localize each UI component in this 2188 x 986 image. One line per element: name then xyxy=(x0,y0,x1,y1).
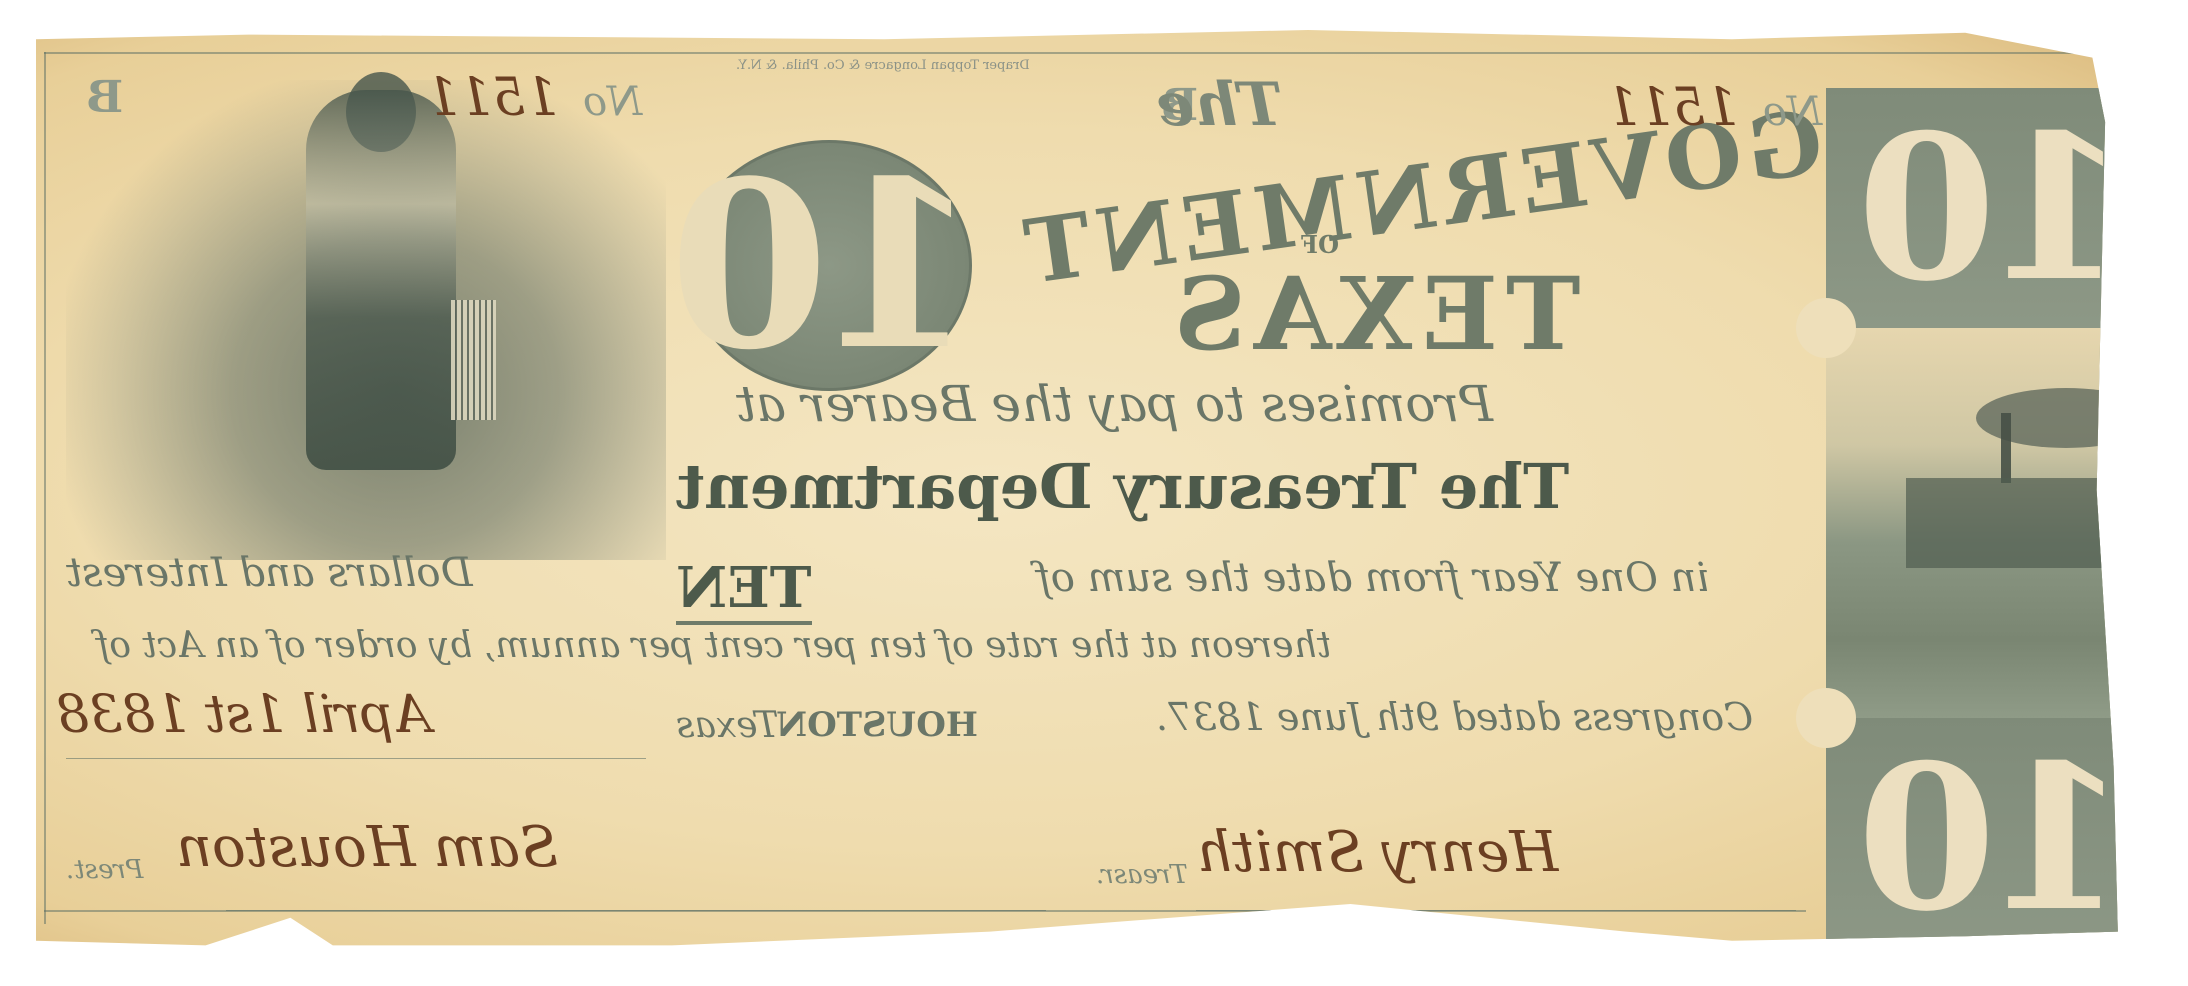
panel-notch xyxy=(2136,688,2188,748)
signature-left: Sam Houston xyxy=(176,815,558,880)
top-border-line xyxy=(44,52,2106,54)
serial-number-left: 1511 xyxy=(426,68,558,128)
signature-right-title: Treasr. xyxy=(1096,860,1188,890)
promise-line-2: The Treasury Department xyxy=(676,450,1569,523)
promise-line-5: Congress dated 9th June 1837. xyxy=(1156,695,1753,739)
panel-notch xyxy=(1796,688,1856,748)
right-end-panel: 10 10 xyxy=(1826,88,2166,958)
title-texas: TEXAS xyxy=(1166,255,1580,373)
serial-label-left: No xyxy=(583,79,642,125)
banknote: B 1511 No Draper Toppan Longacre & Co. P… xyxy=(36,30,2156,950)
right-panel-top-numeral: 10 xyxy=(1826,88,2166,328)
promise-line-1: Promises to pay the Bearer at xyxy=(736,375,1493,433)
right-panel-bottom-numeral: 10 xyxy=(1826,718,2166,958)
issue-date: April 1st 1838 xyxy=(56,685,431,745)
promise-line-3b: Dollars and Interest xyxy=(66,550,473,596)
steamboat-vignette xyxy=(1826,328,2166,718)
place-state: Texas xyxy=(676,705,779,746)
plate-letter-left: B xyxy=(86,72,123,123)
panel-notch xyxy=(1796,298,1856,358)
denomination-word: TEN xyxy=(676,555,812,625)
promise-line-4: thereon at the rate of ten per cent per … xyxy=(96,625,1331,666)
imprint: Draper Toppan Longacre & Co. Phila. & N.… xyxy=(736,58,1030,73)
signature-left-line xyxy=(226,910,1046,911)
denomination-oval: 10 xyxy=(686,140,972,391)
promise-line-3: in One Year from date the sum of xyxy=(1036,555,1709,601)
signature-right-line xyxy=(1196,910,1796,911)
steamboat-icon xyxy=(1906,478,2146,568)
signature-right: Henry Smith xyxy=(1196,820,1558,885)
allegorical-figure xyxy=(306,90,456,470)
smokestack xyxy=(2001,413,2011,483)
smokestack xyxy=(2116,413,2126,483)
serial-label-right: No xyxy=(1763,89,1822,135)
place-city: HOUSTON xyxy=(776,705,978,745)
title-the: The xyxy=(1156,70,1282,140)
signature-left-title: Prest. xyxy=(66,855,143,885)
denomination-numeral: 10 xyxy=(679,151,979,381)
shield-icon xyxy=(451,300,496,420)
date-line xyxy=(66,758,646,759)
left-border-line xyxy=(44,52,46,924)
serial-right: 1511 No xyxy=(1606,78,1823,138)
panel-notch xyxy=(2136,298,2188,358)
serial-number-right: 1511 xyxy=(1606,78,1738,138)
serial-left: 1511 No xyxy=(426,68,643,128)
